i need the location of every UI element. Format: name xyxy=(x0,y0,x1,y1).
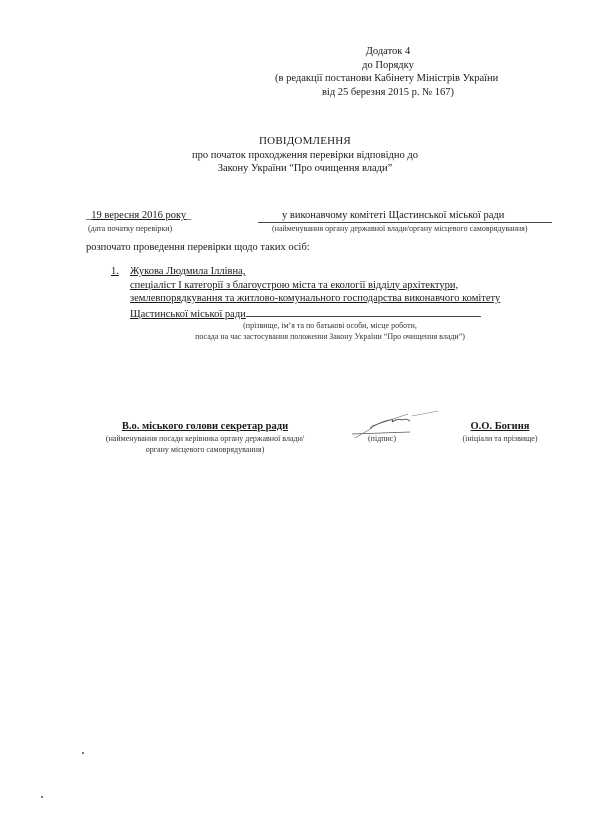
fill-line xyxy=(246,306,481,317)
person-line-4: Щастинської міської ради xyxy=(130,309,246,320)
signature-icon xyxy=(350,408,450,438)
position-caption: (найменування посади керівника органу де… xyxy=(90,434,320,455)
annex-line-1: Додаток 4 xyxy=(283,45,493,59)
title-heading: ПОВІДОМЛЕННЯ xyxy=(150,135,460,149)
annex-line-3: (в редакції постанови Кабінету Міністрів… xyxy=(275,72,493,86)
scan-speck xyxy=(41,796,43,798)
signer-name: О.О. Богиня xyxy=(450,421,550,432)
annex-header: Додаток 4 до Порядку (в редакції постано… xyxy=(283,45,493,99)
date-value: _19 вересня 2016 року_ xyxy=(86,210,191,221)
person-caption-line-2: посада на час застосування положення Зак… xyxy=(150,331,510,342)
title-line-2: про початок проходження перевірки відпов… xyxy=(150,149,460,163)
annex-line-2: до Порядку xyxy=(283,59,493,73)
organization-caption: (найменування органу державної влади/орг… xyxy=(272,224,528,233)
title-line-3: Закону України “Про очищення влади” xyxy=(150,162,460,176)
position-caption-line-2: органу місцевого самоврядування) xyxy=(90,445,320,456)
intro-text: розпочато проведення перевірки щодо таки… xyxy=(86,242,310,253)
date-caption: (дата початку перевірки) xyxy=(88,224,172,233)
position-value: В.о. міського голови секретар ради xyxy=(90,421,320,432)
person-line-1: Жукова Людмила Іллівна, xyxy=(130,265,500,279)
organization-value: у виконавчому комітеті Щастинської міськ… xyxy=(258,210,552,223)
person-caption-line-1: (прізвище, ім’я та по батькові особи, мі… xyxy=(150,320,510,331)
scan-speck xyxy=(82,752,84,754)
person-caption: (прізвище, ім’я та по батькові особи, мі… xyxy=(150,320,510,342)
organization-text: у виконавчому комітеті Щастинської міськ… xyxy=(282,210,504,221)
signer-name-caption: (ініціали та прізвище) xyxy=(440,434,560,443)
document-title: ПОВІДОМЛЕННЯ про початок проходження пер… xyxy=(150,135,460,176)
signature-caption: (підпис) xyxy=(368,434,396,443)
position-caption-line-1: (найменування посади керівника органу де… xyxy=(90,434,320,445)
person-number: 1. xyxy=(111,265,119,279)
annex-line-4: від 25 березня 2015 р. № 167) xyxy=(283,86,493,100)
person-line-2: спеціаліст І категорії з благоустрою міс… xyxy=(130,279,500,293)
date-text: 19 вересня 2016 року xyxy=(91,210,186,221)
person-line-3: землевпорядкування та житлово-комунально… xyxy=(130,292,500,306)
